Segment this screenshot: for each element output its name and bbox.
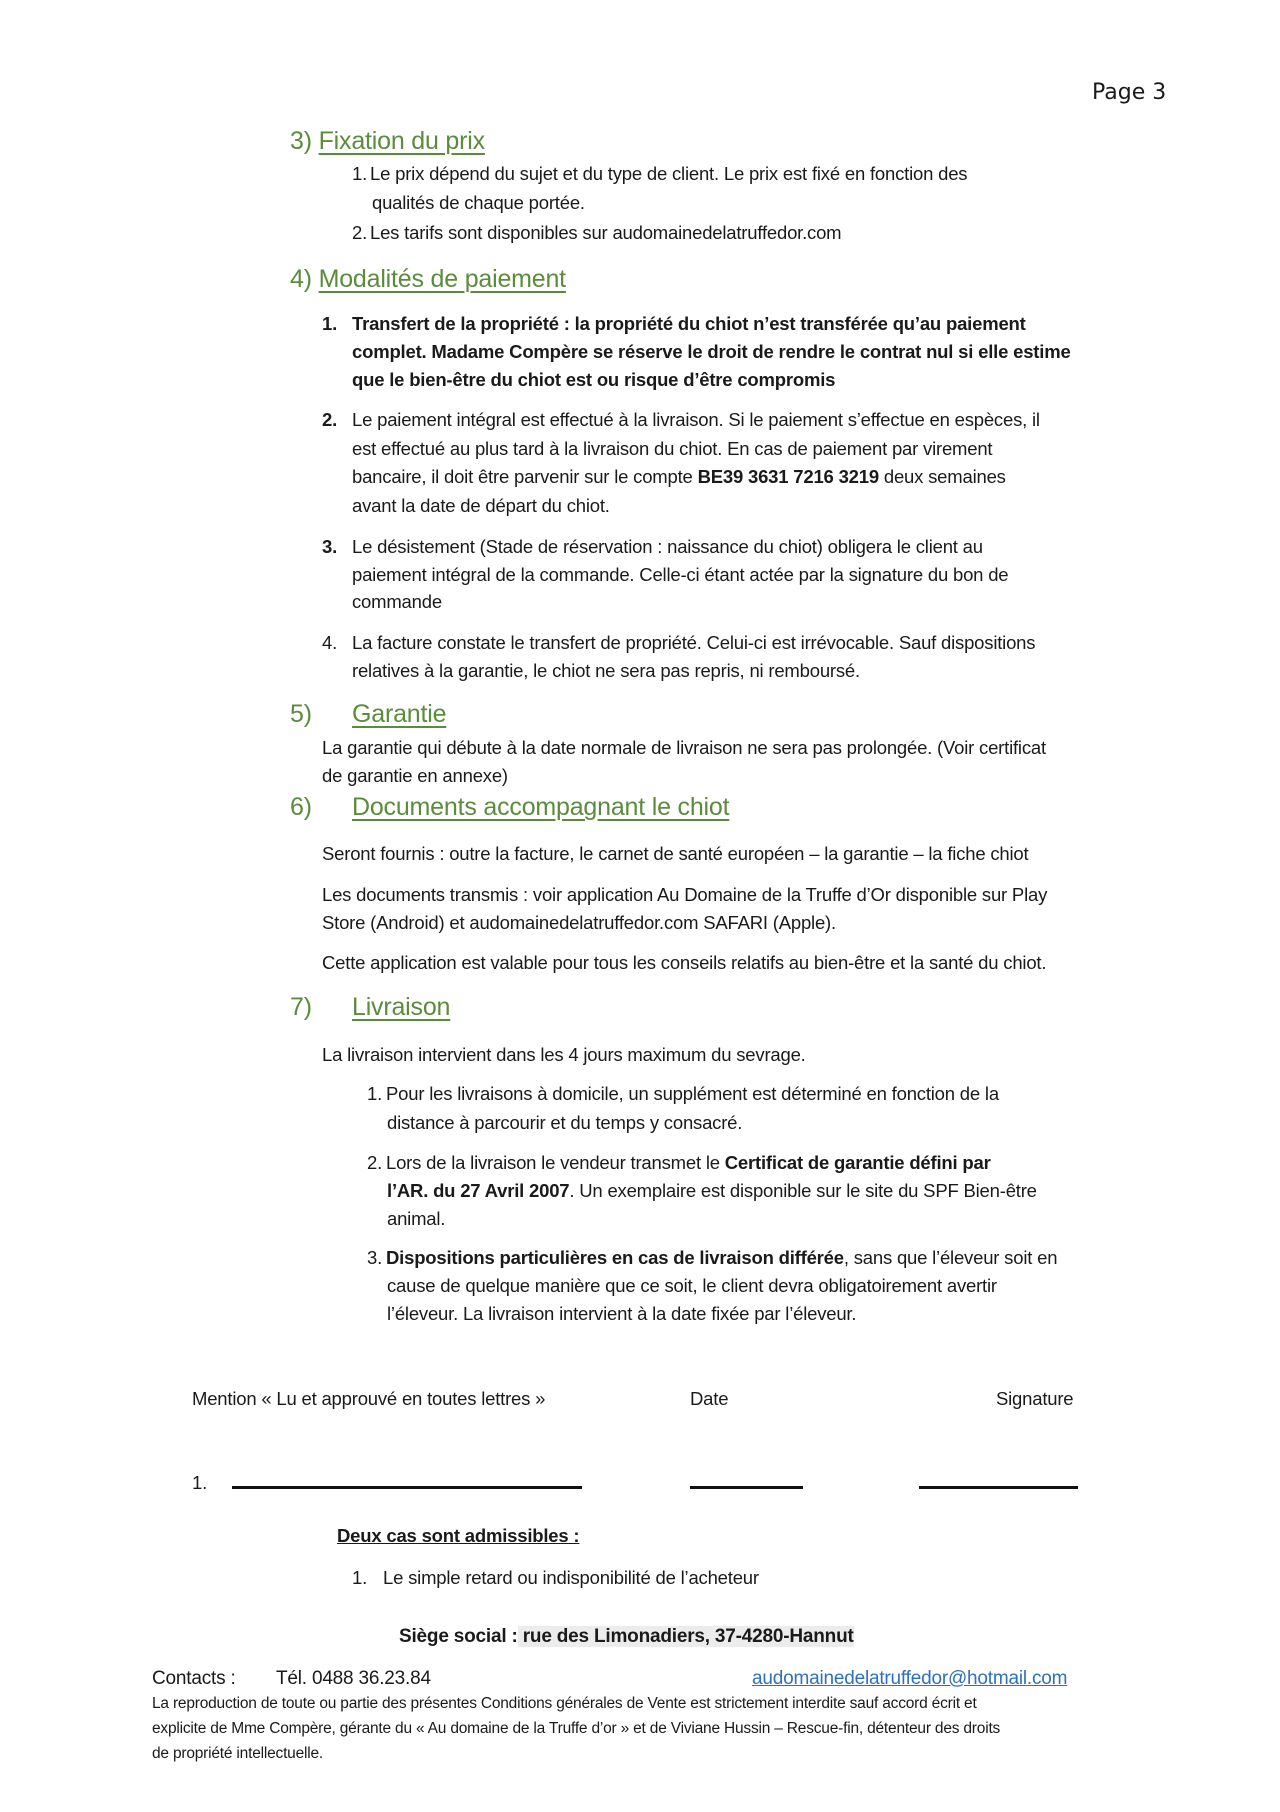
- signature-row-number: 1.: [192, 1472, 207, 1494]
- signature-line[interactable]: [919, 1486, 1078, 1489]
- cases-title: Deux cas sont admissibles :: [337, 1525, 579, 1547]
- law-reference: l’AR. du 27 Avril 2007: [387, 1180, 569, 1201]
- list-number: 2.: [352, 222, 367, 244]
- list-item-text: Les tarifs sont disponibles sur audomain…: [370, 222, 841, 244]
- list-item-text: Le simple retard ou indisponibilité de l…: [383, 1567, 759, 1589]
- list-item-text: qualités de chaque portée.: [372, 192, 585, 214]
- paragraph-line: Store (Android) et audomainedelatruffedo…: [322, 912, 836, 934]
- list-number: 1.: [352, 163, 367, 185]
- list-number: 4.: [322, 632, 337, 654]
- list-item-text: avant la date de départ du chiot.: [352, 495, 610, 517]
- phone-number: Tél. 0488 36.23.84: [276, 1668, 431, 1690]
- section-5-heading: 5): [290, 699, 312, 729]
- list-item-text: est effectué au plus tard à la livraison…: [352, 438, 992, 460]
- list-number: 3.: [322, 536, 337, 558]
- head-office: Siège social : rue des Limonadiers, 37-4…: [399, 1626, 854, 1648]
- section-title: Livraison: [352, 993, 450, 1021]
- deferred-delivery-heading: Dispositions particulières en cas de liv…: [386, 1247, 844, 1268]
- list-item-text: complet. Madame Compère se réserve le dr…: [352, 341, 1071, 363]
- list-item-text: bancaire, il doit être parvenir sur le c…: [352, 466, 1006, 488]
- list-item-text: Lors de la livraison le vendeur transmet…: [386, 1152, 991, 1174]
- copyright-line: explicite de Mme Compère, gérante du « A…: [152, 1719, 1000, 1739]
- list-item-text: Dispositions particulières en cas de liv…: [386, 1247, 1057, 1269]
- section-title: Fixation du prix: [319, 127, 485, 155]
- section-title: Modalités de paiement: [319, 265, 566, 293]
- section-3-heading: 3) Fixation du prix: [290, 126, 485, 156]
- paragraph-line: de garantie en annexe): [322, 765, 508, 787]
- section-6-heading: 6): [290, 792, 312, 822]
- head-office-address: rue des Limonadiers, 37-4280-Hannut: [518, 1626, 854, 1647]
- page-number: Page 3: [1092, 80, 1166, 105]
- section-title: Documents accompagnant le chiot: [352, 793, 729, 821]
- list-item-text: Le prix dépend du sujet et du type de cl…: [370, 163, 967, 185]
- list-number: 2.: [322, 409, 337, 431]
- signature-label: Signature: [996, 1388, 1073, 1410]
- paragraph-line: Cette application est valable pour tous …: [322, 952, 1046, 974]
- section-4-heading: 4) Modalités de paiement: [290, 264, 566, 294]
- list-item-text: Le désistement (Stade de réservation : n…: [352, 536, 983, 558]
- date-line[interactable]: [690, 1486, 803, 1489]
- email-link[interactable]: audomainedelatruffedor@hotmail.com: [752, 1668, 1067, 1690]
- list-number: 2.: [367, 1152, 382, 1174]
- list-number: 1.: [352, 1567, 367, 1589]
- paragraph-line: Les documents transmis : voir applicatio…: [322, 884, 1047, 906]
- list-item-text: distance à parcourir et du temps y consa…: [387, 1112, 742, 1134]
- list-item-text: relatives à la garantie, le chiot ne ser…: [352, 660, 860, 682]
- list-item-text: Le paiement intégral est effectué à la l…: [352, 409, 1040, 431]
- text-run: deux semaines: [879, 466, 1006, 487]
- section-7-heading: 7): [290, 992, 312, 1022]
- date-label: Date: [690, 1388, 728, 1410]
- section-number: 5): [290, 700, 312, 728]
- paragraph-line: Seront fournis : outre la facture, le ca…: [322, 843, 1028, 865]
- section-number: 4): [290, 265, 312, 293]
- certificate-reference: Certificat de garantie défini par: [725, 1152, 991, 1173]
- text-run: Lors de la livraison le vendeur transmet…: [386, 1152, 725, 1173]
- section-number: 6): [290, 793, 312, 821]
- mention-label: Mention « Lu et approuvé en toutes lettr…: [192, 1388, 545, 1410]
- list-item-text: La facture constate le transfert de prop…: [352, 632, 1035, 654]
- text-run: , sans que l’éleveur soit en: [844, 1247, 1057, 1268]
- section-5-title: Garantie: [352, 699, 446, 729]
- bank-account: BE39 3631 7216 3219: [698, 466, 879, 487]
- list-number: 1.: [322, 313, 337, 335]
- text-run: . Un exemplaire est disponible sur le si…: [569, 1180, 1036, 1201]
- section-number: 7): [290, 993, 312, 1021]
- copyright-line: de propriété intellectuelle.: [152, 1744, 323, 1764]
- list-item-text: animal.: [387, 1208, 445, 1230]
- mention-line[interactable]: [232, 1486, 582, 1489]
- section-title: Garantie: [352, 700, 446, 728]
- contacts-label: Contacts :: [152, 1668, 236, 1690]
- list-item-text: l’AR. du 27 Avril 2007. Un exemplaire es…: [387, 1180, 1037, 1202]
- list-number: 3.: [367, 1247, 382, 1269]
- list-item-text: que le bien-être du chiot est ou risque …: [352, 369, 835, 391]
- list-item-text: commande: [352, 591, 442, 613]
- list-item-text: paiement intégral de la commande. Celle-…: [352, 564, 1008, 586]
- section-7-title: Livraison: [352, 992, 450, 1022]
- paragraph-line: La livraison intervient dans les 4 jours…: [322, 1044, 806, 1066]
- section-6-title: Documents accompagnant le chiot: [352, 792, 729, 822]
- list-number: 1.: [367, 1083, 382, 1105]
- section-number: 3): [290, 127, 312, 155]
- list-item-text: Transfert de la propriété : la propriété…: [352, 313, 1026, 335]
- head-office-label: Siège social :: [399, 1626, 518, 1647]
- list-item-text: Pour les livraisons à domicile, un suppl…: [386, 1083, 999, 1105]
- copyright-line: La reproduction de toute ou partie des p…: [152, 1694, 977, 1714]
- text-run: bancaire, il doit être parvenir sur le c…: [352, 466, 698, 487]
- list-item-text: l’éleveur. La livraison intervient à la …: [387, 1303, 856, 1325]
- paragraph-line: La garantie qui débute à la date normale…: [322, 737, 1046, 759]
- list-item-text: cause de quelque manière que ce soit, le…: [387, 1275, 997, 1297]
